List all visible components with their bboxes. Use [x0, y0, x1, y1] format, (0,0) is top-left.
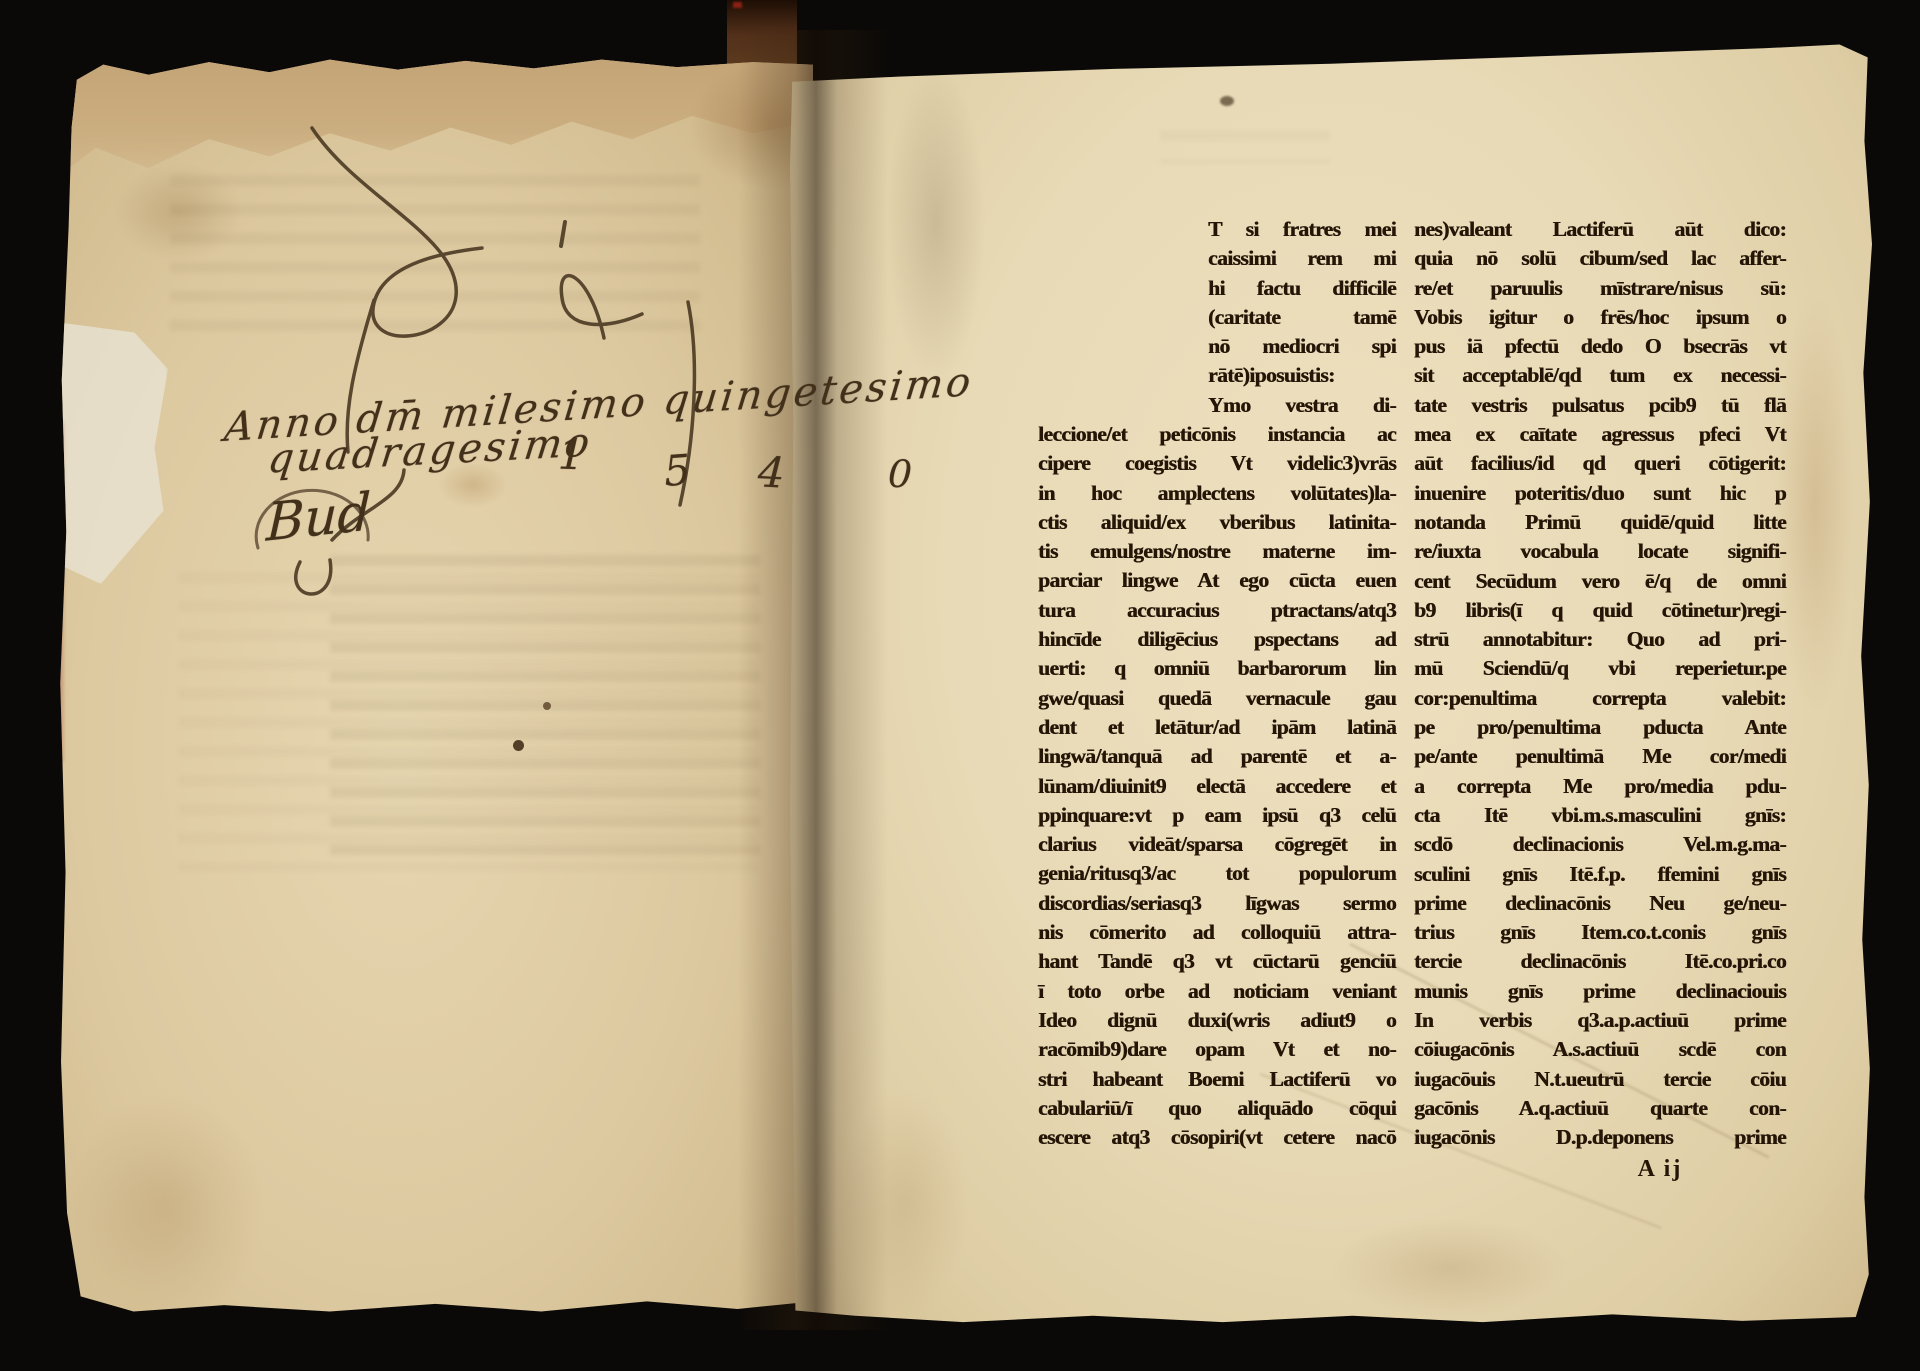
print-line: lingwā/tanquā ad parentē et a- [1038, 742, 1396, 771]
print-line: quia nō solū cibum/sed lac affer- [1414, 244, 1786, 273]
signature-mark: A ij [1570, 1156, 1750, 1183]
stain [66, 1092, 266, 1322]
print-line: dent et letātur/ad ipām latinā [1038, 713, 1396, 742]
print-line: gacōnis A.q.actiuū quarte con- [1414, 1094, 1786, 1123]
print-line: cabulariū/ī quo aliquādo cōqui [1038, 1094, 1396, 1123]
print-line: hi factu difficilē [1208, 274, 1396, 303]
print-line: strū annotabitur: Quo ad pri- [1414, 625, 1786, 654]
print-line: rātē)iposuistis: [1208, 361, 1396, 390]
print-line: hincīde diligēcius pspectans ad [1038, 625, 1396, 654]
print-line: discordias/seriasq3 līgwas sermo [1038, 889, 1396, 918]
print-line: nō mediocri spi [1208, 332, 1396, 361]
print-line: sculini gnīs Itē.f.p. ffemini gnīs [1414, 860, 1786, 889]
print-line: ī toto orbe ad noticiam veniant [1038, 977, 1396, 1006]
print-line: sit acceptablē/qd tum ex necessi- [1414, 361, 1786, 390]
print-line: hant Tandē q3 vt cūctarū genciū [1038, 947, 1396, 976]
right-page: T si fratres meicaissimi rem mihi factu … [790, 38, 1872, 1326]
print-line: parciar lingwe At ego cūcta euen [1038, 566, 1396, 595]
print-line: lūnam/diuinit9 electā accedere et [1038, 772, 1396, 801]
year-digit: 1 [557, 430, 585, 480]
print-line: mea ex caītate agressus pfeci Vt [1414, 420, 1786, 449]
owner-monogram: Bud [265, 482, 372, 554]
print-line: aūt facilius/id qd queri cōtigerit: [1414, 449, 1786, 478]
print-line: pe pro/penultima pducta Ante [1414, 713, 1786, 742]
ink-speck [513, 740, 524, 751]
year-digit: 4 [757, 447, 786, 497]
print-line: iugacōuis N.t.ueutrū tercie cōiu [1414, 1065, 1786, 1094]
print-line: munis gnīs prime declinaciouis [1414, 977, 1786, 1006]
print-line: trius gnīs Item.co.t.conis gnīs [1414, 918, 1786, 947]
print-line: cor:penultima correpta valebit: [1414, 684, 1786, 713]
print-line: ctis aliquid/ex vberibus latinita- [1038, 508, 1396, 537]
print-line: racōmib9)dare opam Vt et no- [1038, 1035, 1396, 1064]
print-line: T si fratres mei [1208, 215, 1396, 244]
print-line: escere atq3 cōsopiri(vt cetere nacō [1038, 1123, 1396, 1152]
print-line: nes)valeant Lactiferū aūt dico: [1414, 215, 1786, 244]
left-page [58, 52, 813, 1314]
print-line: stri habeant Boemi Lactiferū vo [1038, 1065, 1396, 1094]
book-scan-scene: T si fratres meicaissimi rem mihi factu … [0, 0, 1920, 1371]
print-line: in hoc amplectens volūtates)la- [1038, 479, 1396, 508]
stain [1775, 288, 1855, 718]
bleedthrough-text [170, 175, 700, 345]
column-1-lines: leccione/et peticōnis instancia accipere… [1038, 420, 1396, 1152]
print-line: mū Sciendū/q vbi reperietur.pe [1414, 654, 1786, 683]
print-line: Vobis igitur o frēs/hoc ipsum o [1414, 303, 1786, 332]
text-column-2: nes)valeant Lactiferū aūt dico:quia nō s… [1414, 215, 1786, 1160]
print-line: re/iuxta vocabula locate signifi- [1414, 537, 1786, 566]
ink-speck [543, 702, 551, 710]
stain [886, 62, 986, 382]
bleedthrough-text [178, 572, 758, 872]
stain [840, 1088, 970, 1318]
ink-speck [1220, 96, 1234, 106]
year-digit: 0 [887, 452, 913, 497]
year-digit: 5 [662, 445, 692, 496]
print-line: Ideo dignū duxi(wris adiut9 o [1038, 1006, 1396, 1035]
print-line: caissimi rem mi [1208, 244, 1396, 273]
print-line: tercie declinacōnis Itē.co.pri.co [1414, 947, 1786, 976]
print-line: tura accuracius ptractans/atq3 [1038, 596, 1396, 625]
print-line: cta Itē vbi.m.s.masculini gnīs: [1414, 801, 1786, 830]
stain [1330, 1218, 1570, 1318]
print-line: genia/ritusq3/ac tot populorum [1038, 859, 1396, 888]
print-line: re/et paruulis mīstrare/nisus sū: [1414, 274, 1786, 303]
print-line: (caritate tamē [1208, 303, 1396, 332]
print-line: cent Secūdum vero ē/q de omni [1414, 567, 1786, 596]
print-line: b9 libris(ī q quid cōtinetur)regi- [1414, 596, 1786, 625]
print-line: uerti: q omniū barbarorum lin [1038, 654, 1396, 683]
text-column-1: T si fratres meicaissimi rem mihi factu … [1038, 215, 1396, 1160]
print-line: cipere coegistis Vt videlic3)vrās [1038, 449, 1396, 478]
fore-edge-tint [57, 422, 63, 762]
print-line: notanda Primū quidē/quid litte [1414, 508, 1786, 537]
print-line: leccione/et peticōnis instancia ac [1038, 420, 1396, 449]
stain [113, 162, 243, 262]
print-line: a correpta Me pro/media pdu- [1414, 772, 1786, 801]
print-line: In verbis q3.a.p.actiuū prime [1414, 1006, 1786, 1035]
spine-red-speck [733, 2, 742, 8]
print-line: inuenire poteritis/duo sunt hic p [1414, 479, 1786, 508]
print-line: pus iā pfectū dedo O bsecrās vt [1414, 332, 1786, 361]
column-1-indent-lines: T si fratres meicaissimi rem mihi factu … [1208, 215, 1396, 420]
bleedthrough-text [1160, 130, 1330, 164]
print-line: scdō declinacionis Vel.m.g.ma- [1414, 830, 1786, 859]
print-line: iugacōnis D.p.deponens prime [1414, 1123, 1786, 1152]
print-line: gwe/quasi quedā vernacule gau [1038, 684, 1396, 713]
print-line: pe/ante penultimā Me cor/medi [1414, 742, 1786, 771]
print-line: ppinquare:vt p eam ipsū q3 celū [1038, 801, 1396, 830]
print-line: clarius videāt/sparsa cōgregēt in [1038, 830, 1396, 859]
print-line: Ymo vestra di- [1208, 391, 1396, 420]
print-line: prime declinacōnis Neu ge/neu- [1414, 889, 1786, 918]
torn-corner-fragment [56, 322, 168, 584]
print-line: tis emulgens/nostre materne im- [1038, 537, 1396, 566]
print-line: cōiugacōnis A.s.actiuū scdē con [1414, 1035, 1786, 1064]
print-line: tate vestris pulsatus pcib9 tū flā [1414, 391, 1786, 420]
print-line: nis cōmerito ad colloquiū attra- [1038, 918, 1396, 947]
